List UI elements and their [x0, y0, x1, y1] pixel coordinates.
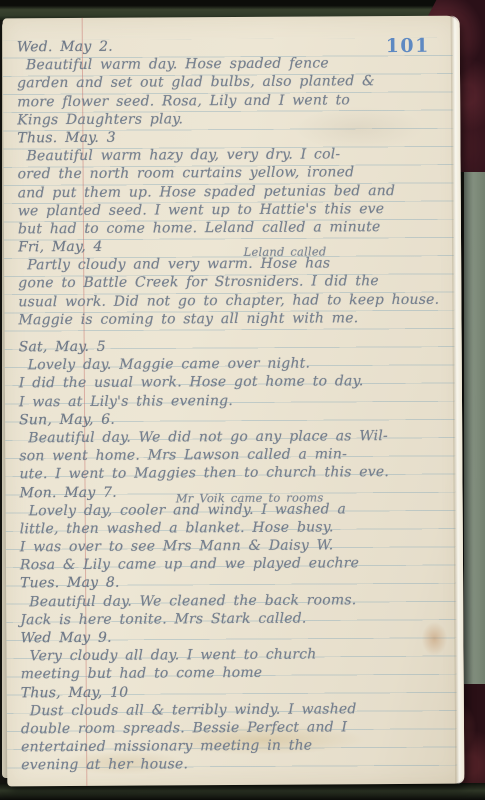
photo-background: 101 Wed. May 2.Beautiful warm day. Hose … — [0, 0, 485, 800]
diary-entry: Sat, May. 5Lovely day. Maggie came over … — [19, 336, 452, 411]
diary-entry: Tues. May 8.Beautiful day. We cleaned th… — [20, 572, 453, 629]
diary-entry: Thus, May, 10Dust clouds all & terribly … — [21, 681, 455, 775]
diary-entry: Wed. May 2.Beautiful warm day. Hose spad… — [17, 36, 451, 130]
entry-line: evening at her house. — [21, 754, 454, 775]
diary-entry: Thus. May. 3Beautiful warm hazy day, ver… — [17, 127, 451, 239]
diary-entry: Wed May 9.Very cloudy all day. I went to… — [20, 627, 453, 684]
diary-entry: Mon. May 7.Lovely day, cooler and windy.… — [20, 481, 454, 575]
diary-page: 101 Wed. May 2.Beautiful warm day. Hose … — [3, 16, 465, 787]
interlinear-insertion: Leland called — [235, 247, 327, 259]
interlinear-insertion: Mr Voik came to rooms — [167, 492, 324, 504]
diary-entries: Wed. May 2.Beautiful warm day. Hose spad… — [17, 36, 454, 775]
diary-entry: Sun, May, 6.Beautiful day. We did not go… — [19, 408, 452, 483]
entry-line: Maggie is coming to stay all night with … — [18, 308, 451, 329]
diary-entry: Fri, May, 4Partly cloudy and very warm. … — [18, 236, 452, 330]
